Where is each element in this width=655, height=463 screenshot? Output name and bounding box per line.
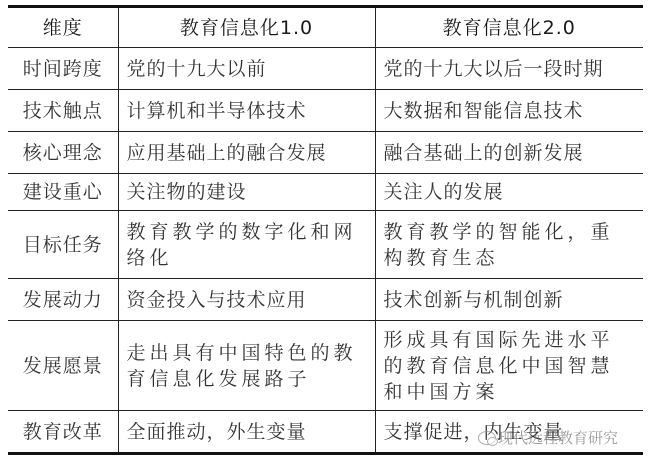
cell-dimension: 发展愿景 (8, 321, 118, 411)
cell-dimension: 时间跨度 (8, 48, 118, 90)
cell-v2: 党的十九大以后一段时期 (375, 48, 643, 90)
wechat-icon (478, 431, 496, 445)
cell-dimension: 发展动力 (8, 279, 118, 321)
cell-v1: 计算机和半导体技术 (118, 90, 375, 132)
cell-v1: 关注物的建设 (118, 174, 375, 211)
cell-v1: 教育教学的数字化和网络化 (118, 211, 375, 279)
cell-v2: 技术创新与机制创新 (375, 279, 643, 321)
table-row: 核心理念应用基础上的融合发展融合基础上的创新发展 (8, 132, 643, 174)
cell-v2: 关注人的发展 (375, 174, 643, 211)
table-row: 发展动力资金投入与技术应用技术创新与机制创新 (8, 279, 643, 321)
table-row: 技术触点计算机和半导体技术大数据和智能信息技术 (8, 90, 643, 132)
table-row: 时间跨度党的十九大以前党的十九大以后一段时期 (8, 48, 643, 90)
cell-v1: 党的十九大以前 (118, 48, 375, 90)
cell-v2: 大数据和智能信息技术 (375, 90, 643, 132)
header-dimension: 维度 (8, 7, 118, 48)
cell-dimension: 教育改革 (8, 411, 118, 454)
watermark: 现代远程教育研究 (478, 427, 618, 448)
cell-v1: 资金投入与技术应用 (118, 279, 375, 321)
cell-v2: 形成具有国际先进水平的教育信息化中国智慧和中国方案 (375, 321, 643, 411)
cell-dimension: 建设重心 (8, 174, 118, 211)
cell-dimension: 核心理念 (8, 132, 118, 174)
table-header-row: 维度 教育信息化1.0 教育信息化2.0 (8, 7, 643, 48)
table-row: 目标任务教育教学的数字化和网络化教育教学的智能化，重构教育生态 (8, 211, 643, 279)
table-row: 建设重心关注物的建设关注人的发展 (8, 174, 643, 211)
header-v2: 教育信息化2.0 (375, 7, 643, 48)
table-row: 发展愿景走出具有中国特色的教育信息化发展路子形成具有国际先进水平的教育信息化中国… (8, 321, 643, 411)
cell-dimension: 技术触点 (8, 90, 118, 132)
watermark-text: 现代远程教育研究 (498, 427, 618, 448)
cell-v2: 教育教学的智能化，重构教育生态 (375, 211, 643, 279)
cell-v1: 应用基础上的融合发展 (118, 132, 375, 174)
cell-dimension: 目标任务 (8, 211, 118, 279)
header-v1: 教育信息化1.0 (118, 7, 375, 48)
cell-v2: 融合基础上的创新发展 (375, 132, 643, 174)
cell-v1: 全面推动，外生变量 (118, 411, 375, 454)
cell-v1: 走出具有中国特色的教育信息化发展路子 (118, 321, 375, 411)
comparison-table: 维度 教育信息化1.0 教育信息化2.0 时间跨度党的十九大以前党的十九大以后一… (8, 5, 643, 455)
